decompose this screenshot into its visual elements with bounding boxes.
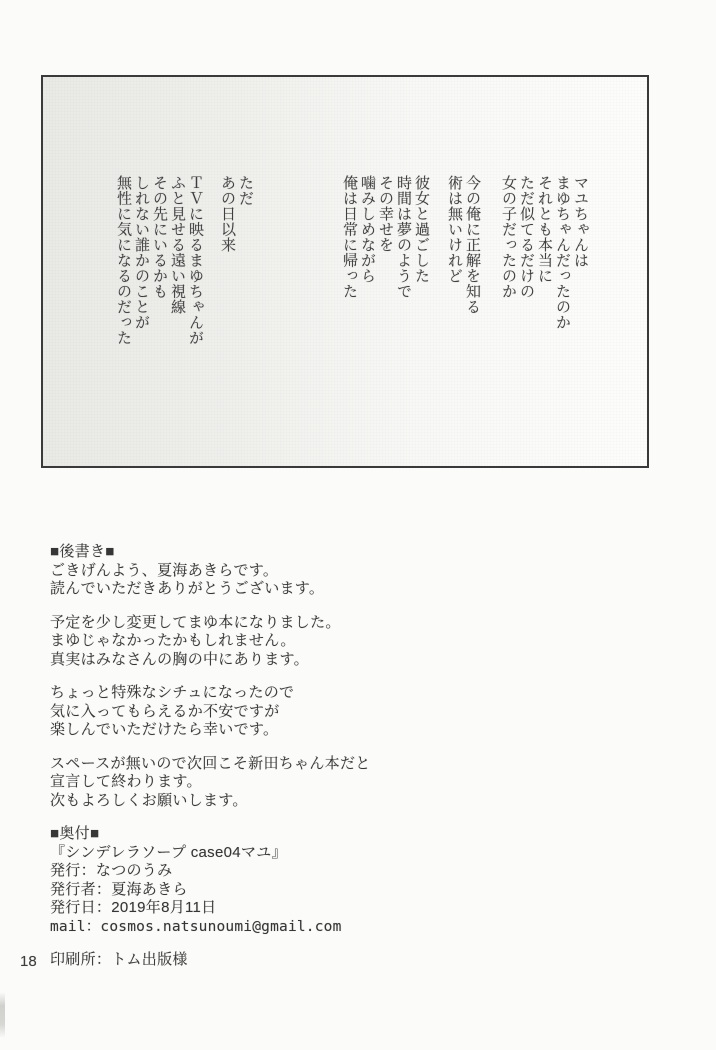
colophon-printer: 印刷所：トム出版様 xyxy=(50,951,371,970)
poem-line: あの日以来 xyxy=(218,175,236,375)
afterword-line: ごきげんよう、夏海あきらです。 xyxy=(50,562,371,581)
afterword-line: 楽しんでいただけたら幸いです。 xyxy=(50,721,371,740)
afterword-line: 読んでいただきありがとうございます。 xyxy=(50,580,371,599)
poem-line: 噛みしめながら xyxy=(358,175,376,375)
afterword-line: 宣言して終わります。 xyxy=(50,773,371,792)
poem-line: 女の子だったのか xyxy=(499,175,517,375)
scan-edge-artifact xyxy=(0,992,5,1038)
colophon-date: 発行日：2019年8月11日 xyxy=(50,899,371,918)
colophon-mail: mail：cosmos.natsunoumi@gmail.com xyxy=(50,918,371,937)
page-number: 18 xyxy=(20,953,37,970)
colophon-heading: ■奥付■ xyxy=(50,825,371,844)
afterword-line: ちょっと特殊なシチュになったので xyxy=(50,684,371,703)
poem-line: その先にいるかも xyxy=(150,175,168,375)
afterword-section: ■後書き■ ごきげんよう、夏海あきらです。 読んでいただきありがとうございます。… xyxy=(50,543,371,970)
afterword-line: 予定を少し変更してまゆ本になりました。 xyxy=(50,614,371,633)
poem-line: 術は無いけれど xyxy=(445,175,463,375)
poem-line: まゆちゃんだったのか xyxy=(553,175,571,375)
poem-line: ふと見せる遠い視線 xyxy=(168,175,186,375)
poem-line: ただ似てるだけの xyxy=(517,175,535,375)
afterword-line: 次もよろしくお願いします。 xyxy=(50,792,371,811)
afterword-line: 気に入ってもらえるか不安ですが xyxy=(50,703,371,722)
afterword-line: まゆじゃなかったかもしれません。 xyxy=(50,632,371,651)
afterword-line: 真実はみなさんの胸の中にあります。 xyxy=(50,651,371,670)
poem-line: 無性に気になるのだった xyxy=(114,175,132,375)
colophon-title: 『シンデレラソープ case04マユ』 xyxy=(50,844,371,863)
afterword-line: スペースが無いので次回こそ新田ちゃん本だと xyxy=(50,755,371,774)
poem-line: 今の俺に正解を知る xyxy=(463,175,481,375)
poem-line: マユちゃんは xyxy=(571,175,589,375)
colophon-publisher: 発行：なつのうみ xyxy=(50,862,371,881)
afterword-heading: ■後書き■ xyxy=(50,543,371,562)
poem-line: 時間は夢のようで xyxy=(394,175,412,375)
poem-box: マユちゃんは まゆちゃんだったのか それとも本当に ただ似てるだけの 女の子だっ… xyxy=(41,75,649,468)
poem-line: 俺は日常に帰った xyxy=(340,175,358,375)
colophon-author: 発行者：夏海あきら xyxy=(50,881,371,900)
doujin-afterword-page: マユちゃんは まゆちゃんだったのか それとも本当に ただ似てるだけの 女の子だっ… xyxy=(0,0,716,1050)
poem-line: それとも本当に xyxy=(535,175,553,375)
poem-line: ただ xyxy=(236,175,254,375)
poem-vertical-text: マユちゃんは まゆちゃんだったのか それとも本当に ただ似てるだけの 女の子だっ… xyxy=(114,175,589,375)
poem-line: ＴＶに映るまゆちゃんが xyxy=(186,175,204,375)
poem-line: その幸せを xyxy=(376,175,394,375)
poem-line: 彼女と過ごした xyxy=(412,175,430,375)
poem-line: しれない誰かのことが xyxy=(132,175,150,375)
